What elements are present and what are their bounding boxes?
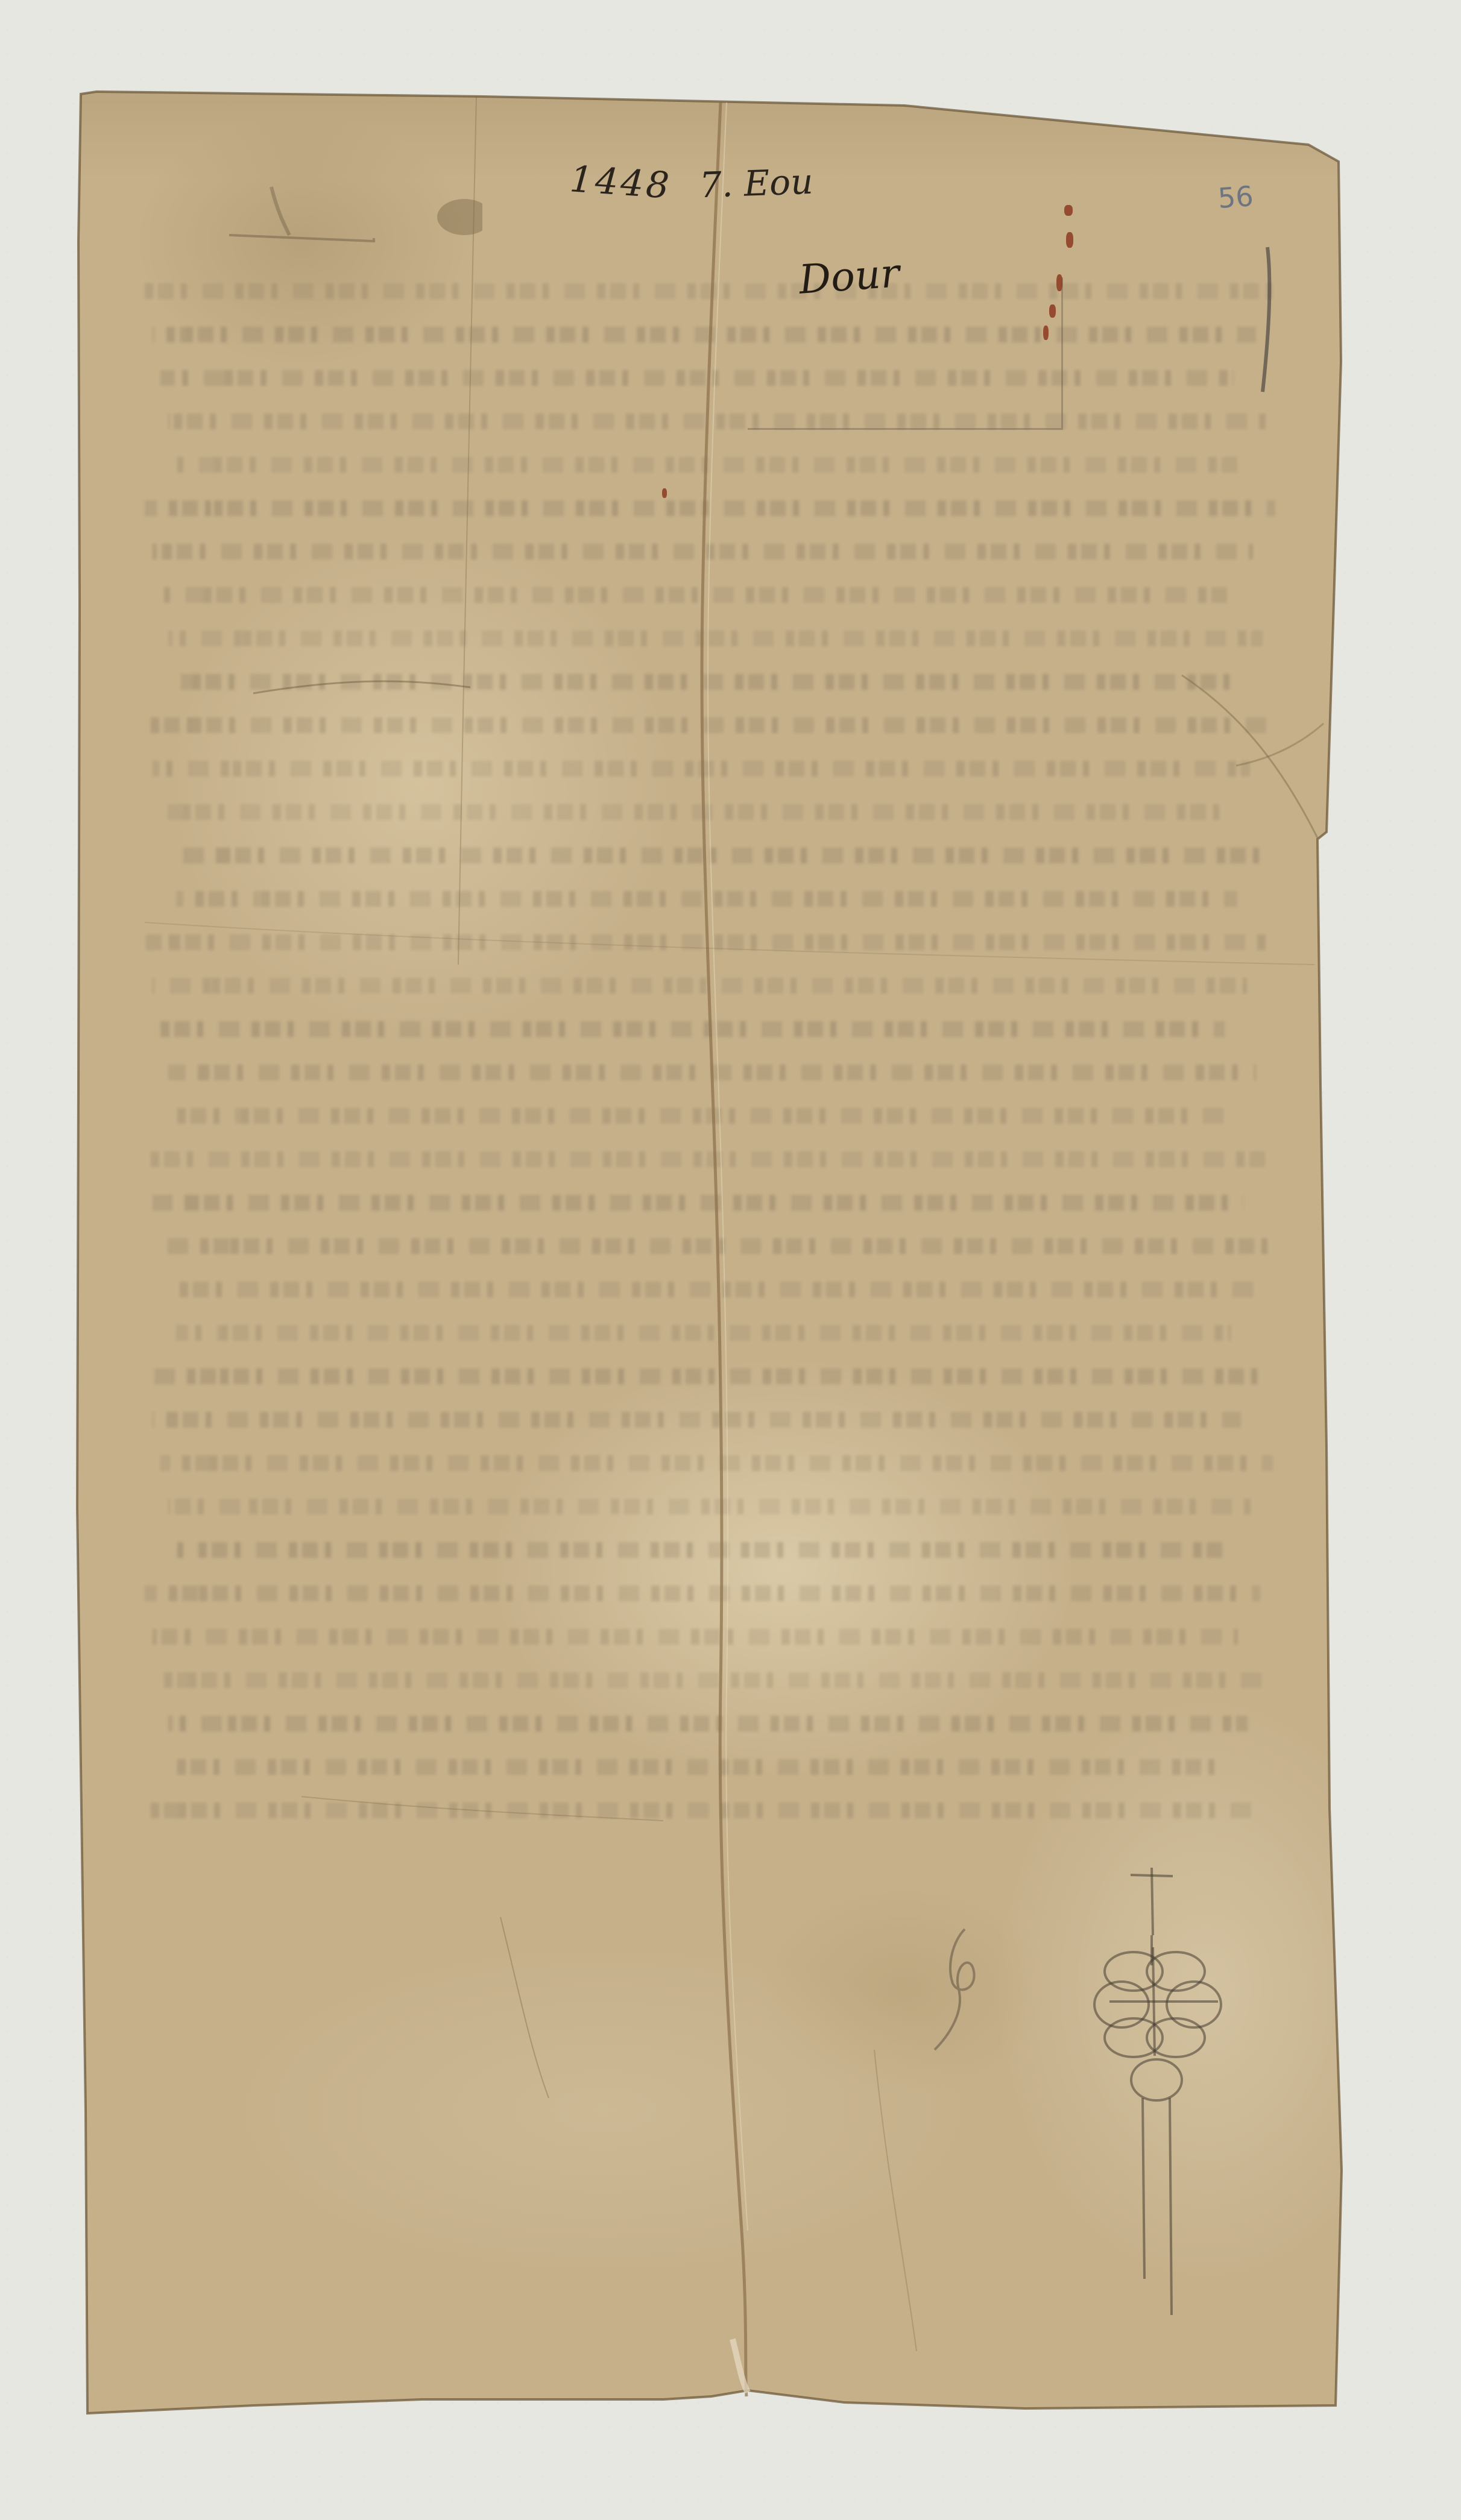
bleed-through-line (153, 544, 1253, 559)
bleed-through-line (145, 717, 1272, 733)
bleed-through-line (145, 1803, 1257, 1818)
bleed-through-line (145, 1151, 1266, 1167)
ghost-mark-top-left (193, 175, 482, 247)
bleed-through-line (153, 1412, 1241, 1428)
red-ink-mark (1056, 274, 1062, 291)
bleed-through-line (168, 414, 1266, 429)
bleed-through-line (168, 1065, 1257, 1080)
red-ink-mark (1043, 326, 1049, 340)
bleed-through-line (168, 1282, 1254, 1297)
bleed-through-line (176, 674, 1240, 690)
bleed-through-line (160, 370, 1234, 386)
bleed-through-line (145, 1369, 1263, 1384)
bleed-through-line (168, 1716, 1248, 1731)
bleed-through-line (176, 891, 1237, 907)
annotation-place: Dour (798, 250, 901, 303)
bleed-through-line (176, 1759, 1225, 1775)
bleed-through-line (176, 1108, 1234, 1124)
bleed-through-line (160, 804, 1228, 820)
bleed-through-line (176, 1325, 1231, 1341)
bleed-through-line (145, 1586, 1260, 1601)
bleed-through-line (160, 1455, 1273, 1471)
bleed-through-line (153, 327, 1256, 342)
bleed-through-line (168, 631, 1263, 646)
pencil-stroke (1254, 241, 1278, 398)
bleed-through-line (145, 934, 1269, 950)
ghost-initial (917, 1917, 1013, 2062)
bleed-through-line (160, 1672, 1270, 1688)
annotation-year: 1448 (569, 158, 673, 207)
folio-number: 56 (1217, 180, 1254, 215)
bleed-through-line (145, 283, 1278, 299)
ruled-annotation-box (748, 277, 1063, 430)
bleed-through-line (160, 1238, 1276, 1254)
red-ink-mark (1049, 304, 1056, 318)
notarial-sign (1073, 1845, 1266, 2351)
bleed-through-line (160, 587, 1231, 603)
annotation-reference: 7. Eou (699, 161, 814, 206)
bleed-through-text (145, 283, 1278, 1851)
bleed-through-line (145, 500, 1275, 516)
red-ink-mark (662, 488, 667, 498)
bleed-through-line (160, 1021, 1225, 1037)
bleed-through-line (153, 1195, 1244, 1211)
bleed-through-line (168, 848, 1260, 863)
bleed-through-line (176, 457, 1243, 473)
bleed-through-line (153, 761, 1250, 776)
bleed-through-line (176, 1542, 1228, 1558)
red-ink-mark (1066, 232, 1073, 248)
red-ink-mark (1064, 205, 1073, 216)
bleed-through-line (168, 1499, 1251, 1514)
bleed-through-line (153, 978, 1247, 994)
bleed-through-line (153, 1629, 1238, 1645)
